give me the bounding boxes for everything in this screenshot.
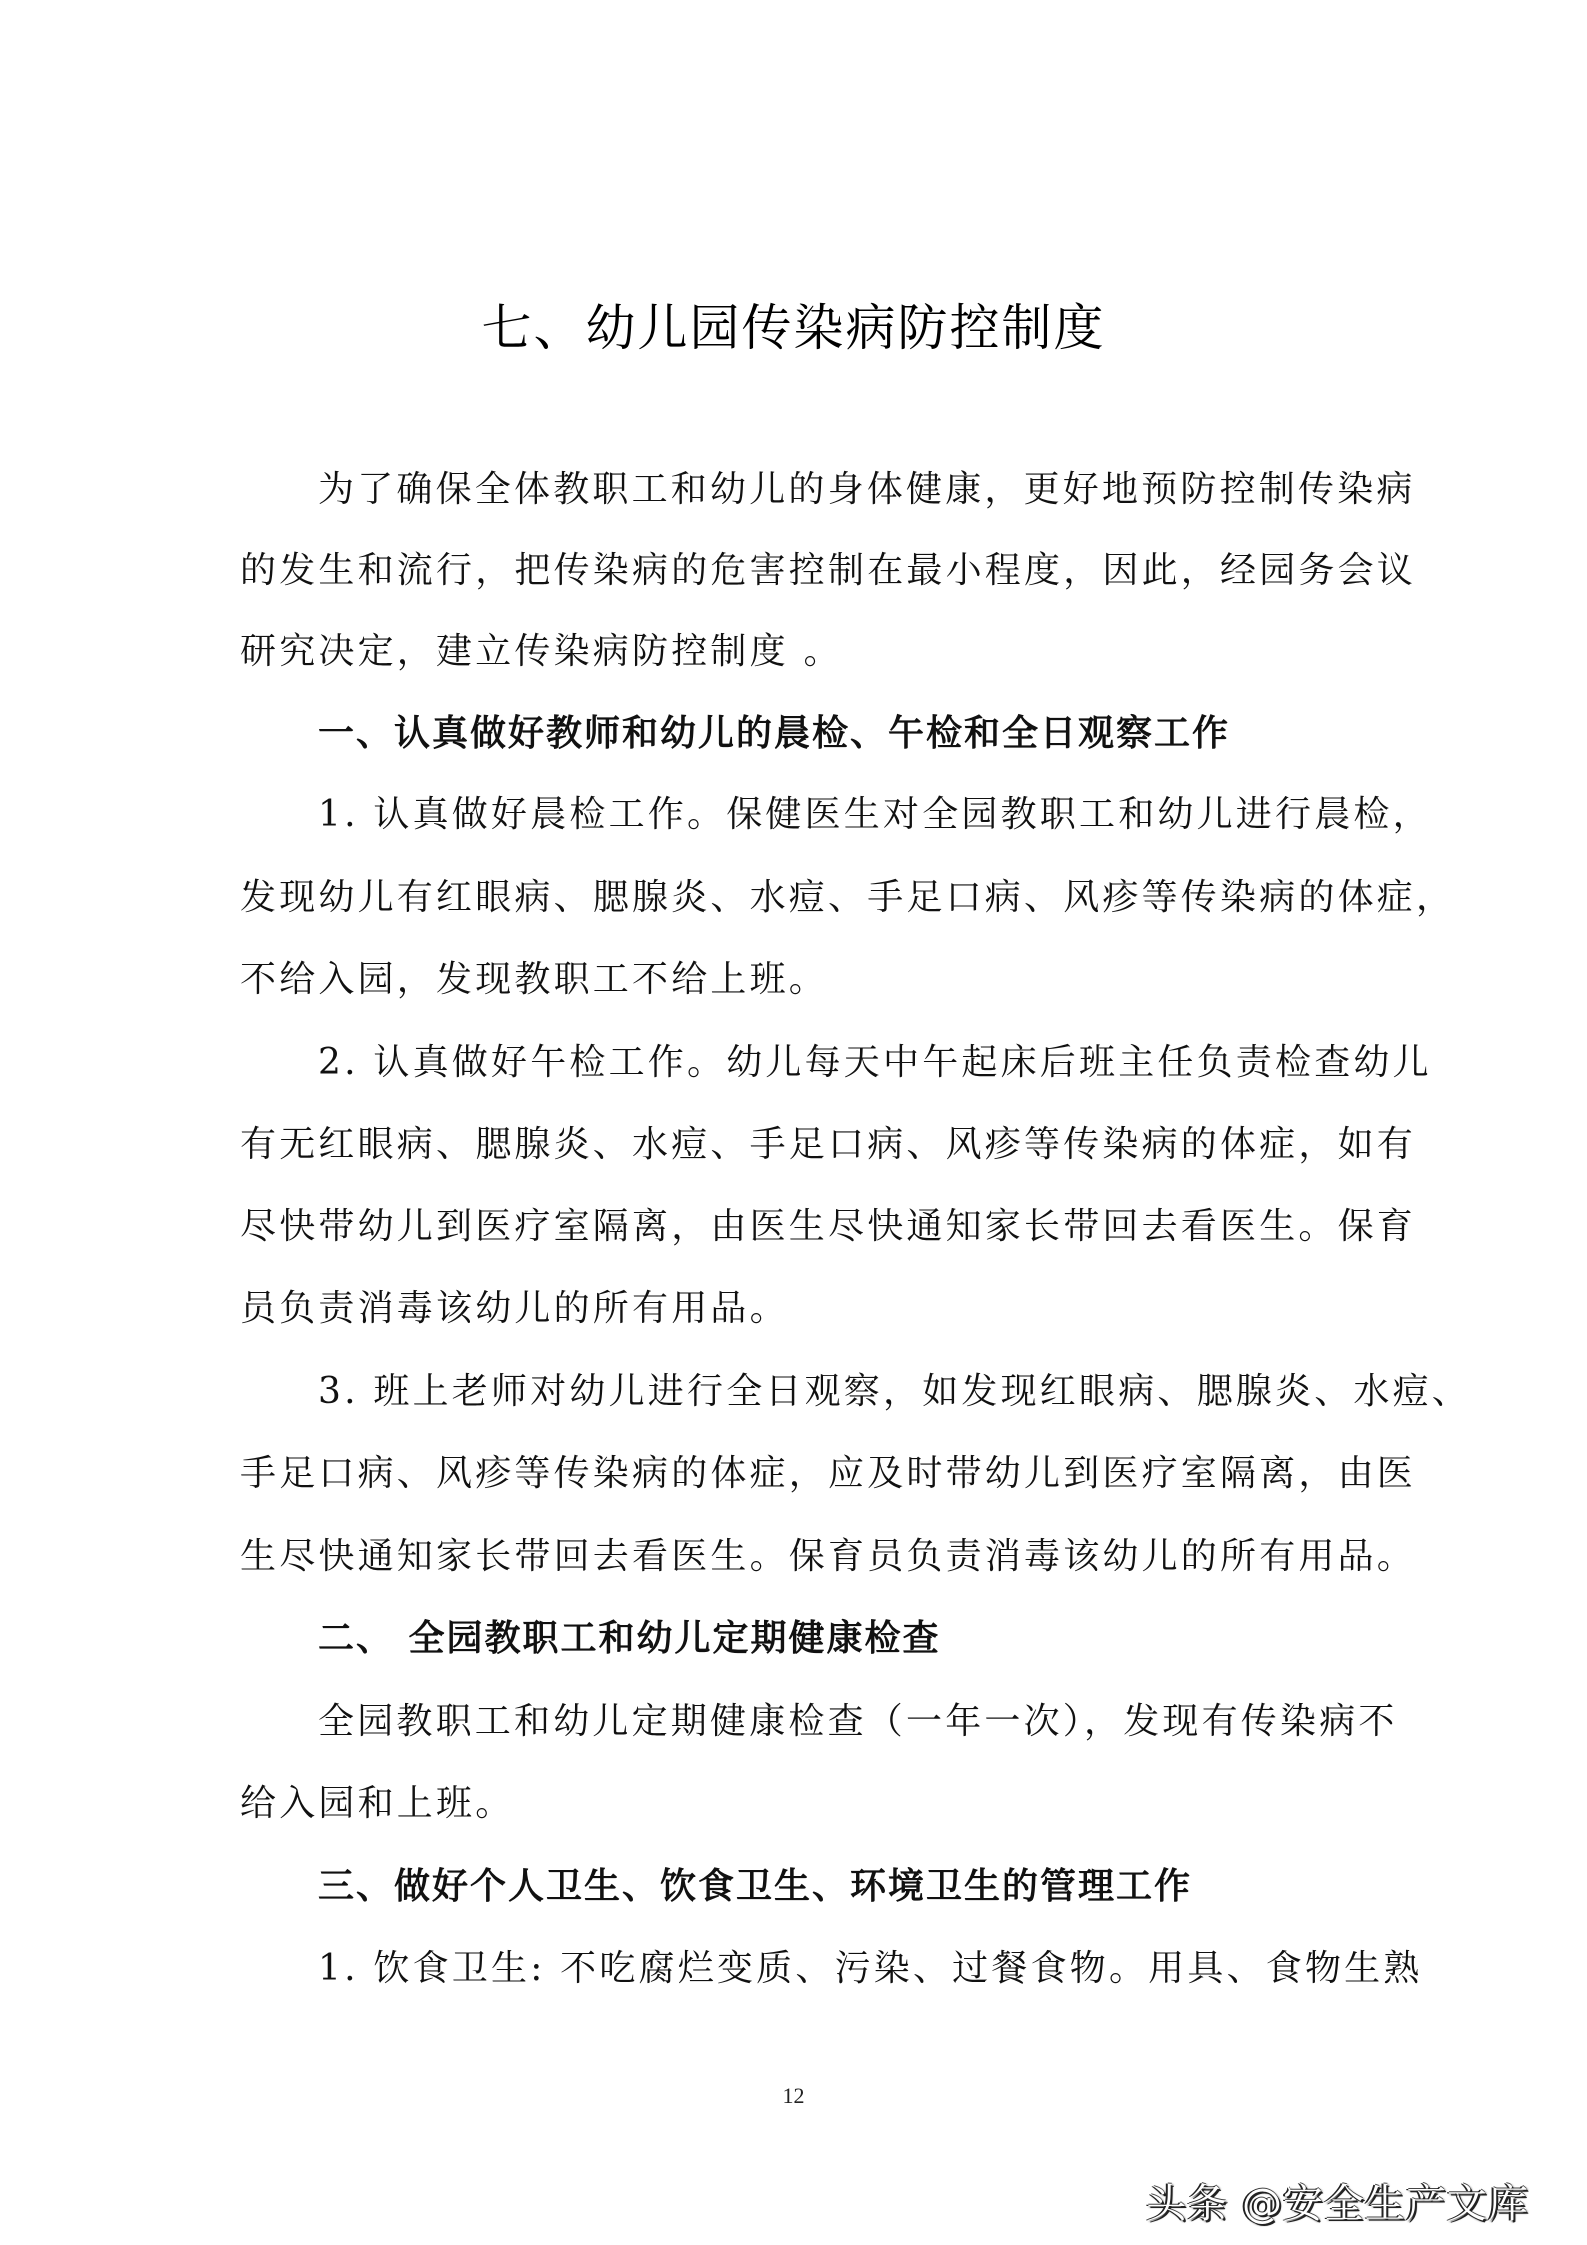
paragraph-line: 3. 班上老师对幼儿进行全日观察，如发现红眼病、腮腺炎、水痘、 [318,1370,1358,1414]
watermark: 头条 @安全生产文库 [1146,2172,1529,2229]
paragraph-line: 手足口病、风疹等传染病的体症，应及时带幼儿到医疗室隔离，由医 [240,1452,1355,1496]
paragraph-line: 全园教职工和幼儿定期健康检查（一年一次），发现有传染病不 [318,1700,1358,1744]
paragraph-line: 员负责消毒该幼儿的所有用品。 [240,1287,1355,1331]
paragraph-line: 1. 饮食卫生: 不吃腐烂变质、污染、过餐食物。用具、食物生熟 [318,1947,1358,1991]
paragraph-line: 的发生和流行，把传染病的危害控制在最小程度，因此，经园务会议 [240,549,1355,593]
paragraph-line: 有无红眼病、腮腺炎、水痘、手足口病、风疹等传染病的体症，如有 [240,1123,1355,1167]
page-number: 12 [0,2083,1587,2109]
paragraph-line: 不给入园，发现教职工不给上班。 [240,958,1355,1002]
paragraph-line: 给入园和上班。 [240,1782,1355,1826]
paragraph-line: 生尽快通知家长带回去看医生。保育员负责消毒该幼儿的所有用品。 [240,1535,1355,1579]
paragraph-line: 为了确保全体教职工和幼儿的身体健康，更好地预防控制传染病 [318,468,1358,512]
paragraph-line: 研究决定，建立传染病防控制度 。 [240,630,1355,674]
section-heading-2: 二、 全园教职工和幼儿定期健康检查 [318,1617,1358,1661]
document-title: 七、幼儿园传染病防控制度 [0,288,1587,360]
paragraph-line: 2. 认真做好午检工作。幼儿每天中午起床后班主任负责检查幼儿 [318,1041,1358,1085]
paragraph-line: 尽快带幼儿到医疗室隔离，由医生尽快通知家长带回去看医生。保育 [240,1205,1355,1249]
paragraph-line: 1. 认真做好晨检工作。保健医生对全园教职工和幼儿进行晨检， [318,793,1358,837]
section-heading-1: 一、认真做好教师和幼儿的晨检、午检和全日观察工作 [318,712,1358,756]
paragraph-line: 发现幼儿有红眼病、腮腺炎、水痘、手足口病、风疹等传染病的体症， [240,876,1355,920]
section-heading-3: 三、做好个人卫生、饮食卫生、环境卫生的管理工作 [318,1865,1358,1909]
